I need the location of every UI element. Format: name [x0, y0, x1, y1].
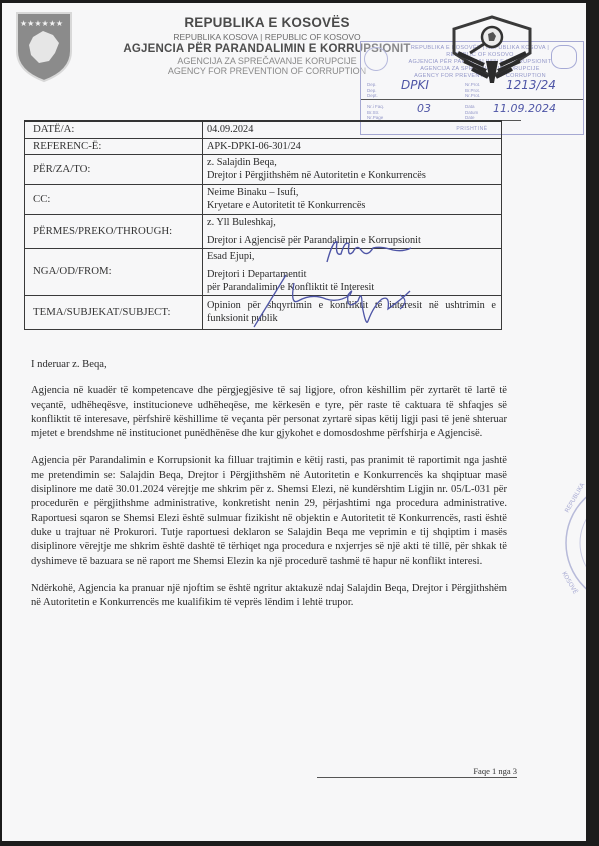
- body-paragraph: Agjencia në kuadër të kompetencave dhe p…: [31, 384, 507, 441]
- memo-value-line: Kryetare e Autoritetit të Konkurrencës: [207, 199, 496, 212]
- svg-text:KOSOVË: KOSOVË: [560, 571, 578, 596]
- stamp-label: Nr.i Faq.: [367, 104, 384, 110]
- memo-label: TEMA/SUBJEKAT/SUBJECT:: [25, 295, 203, 329]
- memo-label: NGA/OD/FROM:: [25, 248, 203, 295]
- memo-value-line: z. Salajdin Beqa,: [207, 156, 496, 169]
- document-page: ★★★★★★ REPUBLIKA E KOSOVËS REPUBLIKA KOS…: [2, 3, 586, 841]
- memo-label: REFERENC-Ë:: [25, 138, 203, 154]
- memo-row: REFERENC-Ë:APK-DPKI-06-301/24: [25, 138, 502, 154]
- stamp-label: Dept.: [367, 93, 378, 99]
- salutation: I nderuar z. Beqa,: [31, 358, 507, 372]
- official-seal-icon: REPUBLIKA KOSOVË: [558, 473, 586, 613]
- stamp-divider: [361, 99, 583, 100]
- letter-body: I nderuar z. Beqa, Agjencia në kuadër të…: [31, 358, 507, 623]
- coat-of-arms-icon: ★★★★★★: [15, 9, 73, 83]
- memo-value-line: APK-DPKI-06-301/24: [207, 140, 496, 153]
- memo-label: CC:: [25, 184, 203, 214]
- memo-value: 04.09.2024: [203, 121, 502, 138]
- memo-label: DATË/A:: [25, 121, 203, 138]
- memo-value-line: Drejtor i Përgjithshëm në Autoritetin e …: [207, 169, 496, 182]
- svg-text:REPUBLIKA: REPUBLIKA: [564, 481, 586, 514]
- stamp-pages: 03: [417, 102, 431, 115]
- memo-value-line: Neime Binaku – Isufi,: [207, 186, 496, 199]
- memo-row: PËRMES/PREKO/THROUGH:z. Yll Buleshkaj,Dr…: [25, 214, 502, 248]
- svg-text:★★★★★★: ★★★★★★: [20, 19, 63, 28]
- stamp-seal-right-icon: [551, 45, 577, 69]
- body-paragraph: Agjencia për Parandalimin e Korrupsionit…: [31, 454, 507, 568]
- stamp-department: DPKI: [401, 78, 429, 92]
- memo-label: PËRMES/PREKO/THROUGH:: [25, 214, 203, 248]
- memo-label: PËR/ZA/TO:: [25, 154, 203, 184]
- republic-title: REPUBLIKA E KOSOVËS: [122, 15, 412, 30]
- signature-through-icon: [323, 236, 415, 266]
- page-number: Faqe 1 nga 3: [317, 766, 517, 778]
- memo-value-line: z. Yll Buleshkaj,: [207, 216, 496, 229]
- stamp-label: Nr.Prot.: [465, 93, 480, 99]
- signature-from-icon: [250, 265, 418, 335]
- agency-logo-icon: [444, 13, 540, 91]
- memo-row: PËR/ZA/TO:z. Salajdin Beqa,Drejtor i Për…: [25, 154, 502, 184]
- memo-row: DATË/A:04.09.2024: [25, 121, 502, 138]
- stamp-seal-left-icon: [364, 47, 388, 71]
- body-paragraph: Ndërkohë, Agjencia ka pranuar një njofti…: [31, 582, 507, 611]
- memo-value: APK-DPKI-06-301/24: [203, 138, 502, 154]
- memo-row: CC:Neime Binaku – Isufi,Kryetare e Autor…: [25, 184, 502, 214]
- stamp-date: 11.09.2024: [493, 102, 556, 115]
- memo-value-line: 04.09.2024: [207, 123, 496, 136]
- memo-value: z. Salajdin Beqa,Drejtor i Përgjithshëm …: [203, 154, 502, 184]
- stamp-label: Dep.: [367, 82, 378, 88]
- memo-value: Neime Binaku – Isufi,Kryetare e Autorite…: [203, 184, 502, 214]
